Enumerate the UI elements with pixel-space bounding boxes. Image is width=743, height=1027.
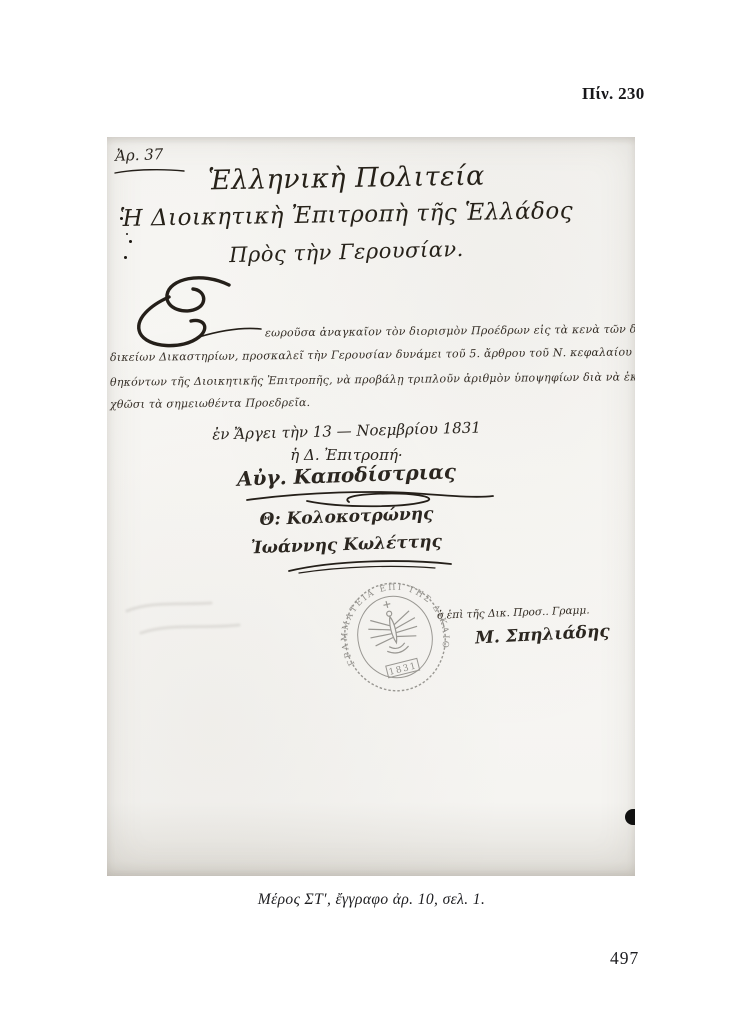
page-number: 497 (610, 948, 670, 969)
phoenix-emblem-icon (363, 595, 422, 658)
clerk-signature: Μ. Σπηλιάδης (475, 621, 611, 648)
heading-state: Ἑλληνικὴ Πολιτεία (107, 158, 610, 198)
body-line-4: χθῶσι τὰ σημειωθέντα Προεδρεῖα. (110, 396, 310, 411)
body-line-1: εωροῦσα ἀναγκαῖον τὸν διορισμὸν Προέδρων… (265, 322, 635, 340)
heading-addressee: Πρὸς τὴν Γερουσίαν. (107, 233, 610, 271)
ink-speck (120, 217, 123, 220)
scanned-manuscript-photo: Ἀρ. 37 Ἑλληνικὴ Πολιτεία Ἡ Διοικητικὴ Ἐπ… (107, 137, 635, 876)
ink-speck (129, 240, 132, 243)
book-page: { "page": { "plate_label": "Πίν. 230", "… (0, 0, 743, 1027)
heading-committee: Ἡ Διοικητικὴ Ἐπιτροπὴ τῆς Ἑλλάδος (107, 197, 610, 232)
seal-year: 1831 (388, 661, 418, 678)
dateline: ἐν Ἄργει τὴν 13 — Νοεμβρίου 1831 (107, 415, 610, 447)
show-through-ghost-marks (121, 593, 251, 653)
calligraphic-initial-theta (129, 275, 269, 357)
body-line-3: θηκόντων τῆς Διοικητικῆς Ἐπιτροπῆς, νὰ π… (110, 370, 635, 389)
state-seal-stamp: ΓΡΑΜΜΑΤΕΙΑ ΕΠΙ ΤΗΣ ΔΙΚΑΙΟΣΥΝΗΣ 1831 (325, 567, 466, 708)
svg-text:ΓΡΑΜΜΑΤΕΙΑ ΕΠΙ ΤΗΣ ΔΙΚΑΙΟΣΥΝΗΣ: ΓΡΑΜΜΑΤΕΙΑ ΕΠΙ ΤΗΣ ΔΙΚΑΙΟΣΥΝΗΣ (328, 571, 455, 676)
figure-caption: Μέρος ΣΤ′, ἔγγραφο ἀρ. 10, σελ. 1. (0, 891, 743, 909)
clerk-title-line: ὁ ἐπὶ τῆς Δικ. Προσ.. Γραμμ. (437, 604, 590, 621)
document-number: Ἀρ. 37 (115, 145, 164, 165)
ink-speck (126, 233, 128, 235)
edge-blemish (625, 809, 635, 825)
ink-speck (124, 256, 127, 259)
seal-ring-text: ΓΡΑΜΜΑΤΕΙΑ ΕΠΙ ΤΗΣ ΔΙΚΑΙΟΣΥΝΗΣ (328, 571, 455, 676)
plate-number-label: Πίν. 230 (582, 84, 692, 104)
